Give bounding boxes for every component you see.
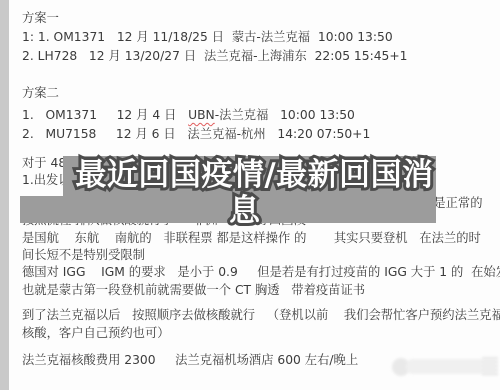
watermark-seal-marks xyxy=(482,357,498,376)
frankfurt-section: 到了法兰克福以后 按照顺序去做核酸就行 （登机以前 我们会帮忙客户预约法兰克福 … xyxy=(22,306,498,342)
notes-line: 德国对 IGG IGM 的要求 是小于 0.9 但是若是有打过疫苗的 IGG 大… xyxy=(22,264,498,281)
plan2-section: 1. OM1371 12 月 4 日 UBN-法兰克福 10:00 13:50 … xyxy=(22,106,498,144)
document-page: 方案一 1: 1. OM1371 12 月 11/18/25 日 蒙古-法兰克福… xyxy=(0,0,500,390)
plan2-title-block: 方案二 xyxy=(22,84,498,103)
plan2-flight-line: 1. OM1371 12 月 4 日 UBN-法兰克福 10:00 13:50 xyxy=(22,106,498,125)
watermark-banner-bg-lower xyxy=(20,196,436,223)
plan1-flight-line: 2. LH728 12 月 13/20/27 日 法兰克福-上海浦东 22:05… xyxy=(22,47,498,66)
flight-text: -法兰克福 10:00 13:50 xyxy=(215,108,355,122)
flight-text: 1. OM1371 12 月 4 日 xyxy=(22,108,188,122)
plan2-flight-line: 2. MU7158 12 月 6 日 法兰克福-杭州 14:20 07:50+1 xyxy=(22,125,498,144)
watermark-banner-text-line2: 息 xyxy=(229,193,261,229)
plan1-title: 方案一 xyxy=(22,9,498,28)
notes-line: 是国航 东航 南航的 非联程票 都是这样操作 的 其实只要登机 在法兰的时 xyxy=(22,230,498,247)
plan1-flight-line: 1: 1. OM1371 12 月 11/18/25 日 蒙古-法兰克福 10:… xyxy=(22,28,498,47)
plan1-section: 方案一 1: 1. OM1371 12 月 11/18/25 日 蒙古-法兰克福… xyxy=(22,9,498,66)
notes-line: 间长短不是特别受限制 xyxy=(22,247,498,264)
faint-watermark xyxy=(392,355,498,379)
plan2-title: 方案二 xyxy=(22,84,498,103)
watermark-banner-text-line1: 最近回国疫情/最新回国消 xyxy=(73,157,436,193)
watermark-pill xyxy=(406,359,492,374)
notes-line: 也就是蒙古第一段登机前就需要做一个 CT 胸透 带着疫苗证书 xyxy=(22,282,498,299)
page-edge-strip xyxy=(0,0,9,390)
frankfurt-line: 核酸，客户自己预约也可） xyxy=(22,324,498,342)
airport-code-misspelled: UBN xyxy=(188,108,215,122)
frankfurt-line: 到了法兰克福以后 按照顺序去做核酸就行 （登机以前 我们会帮忙客户预约法兰克福 xyxy=(22,306,498,324)
